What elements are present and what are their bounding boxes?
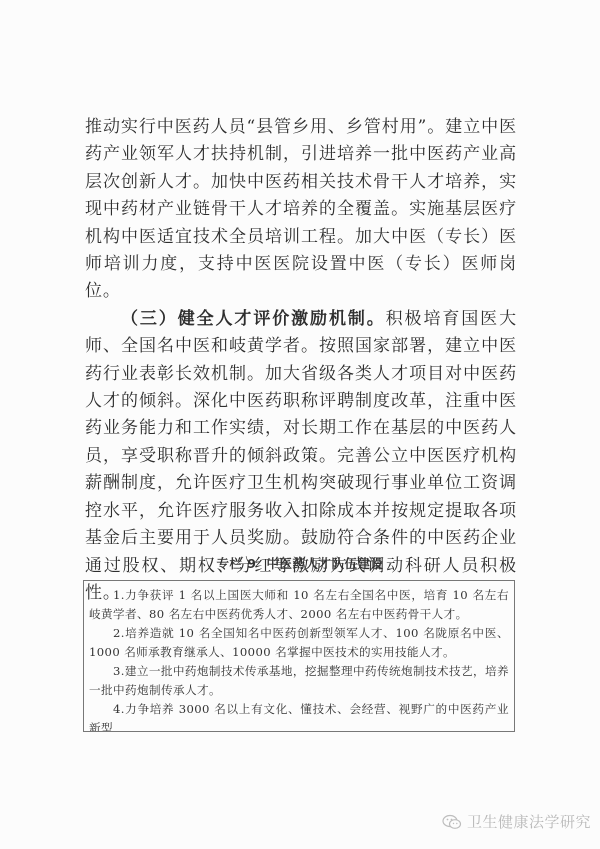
sidebar-box-title: 专栏 9中医药人才队伍建设: [0, 554, 600, 572]
watermark: 卫生健康法学研究: [442, 811, 591, 832]
box-item-3: 3.建立一批中药炮制技术传承基地，挖掘整理中药传统炮制技术技艺，培养一批中药炮制…: [89, 662, 509, 700]
body-text: 推动实行中医药人员“县管乡用、乡管村用”。建立中医药产业领军人才扶持机制，引进培…: [85, 114, 517, 607]
box-item-1: 1.力争获评 1 名以上国医大师和 10 名左右全国名中医，培育 10 名左右岐…: [89, 586, 509, 624]
box-item-4: 4.力争培养 3000 名以上有文化、懂技术、会经营、视野广的中医药产业新型: [89, 700, 509, 732]
sidebar-box-heading: 中医药人才队伍建设: [267, 556, 384, 571]
document-page: 推动实行中医药人员“县管乡用、乡管村用”。建立中医药产业领军人才扶持机制，引进培…: [0, 0, 600, 849]
paragraph-talent-training: 推动实行中医药人员“县管乡用、乡管村用”。建立中医药产业领军人才扶持机制，引进培…: [85, 114, 517, 306]
watermark-text: 卫生健康法学研究: [467, 811, 591, 832]
wechat-icon: [442, 814, 462, 830]
section-heading-3: （三）健全人才评价激励机制。: [121, 309, 386, 329]
sidebar-box-number: 专栏 9: [216, 556, 256, 571]
sidebar-box: 1.力争获评 1 名以上国医大师和 10 名左右全国名中医，培育 10 名左右岐…: [83, 580, 515, 732]
box-item-2: 2.培养造就 10 名全国知名中医药创新型领军人才、100 名陇原名中医、100…: [89, 624, 509, 662]
